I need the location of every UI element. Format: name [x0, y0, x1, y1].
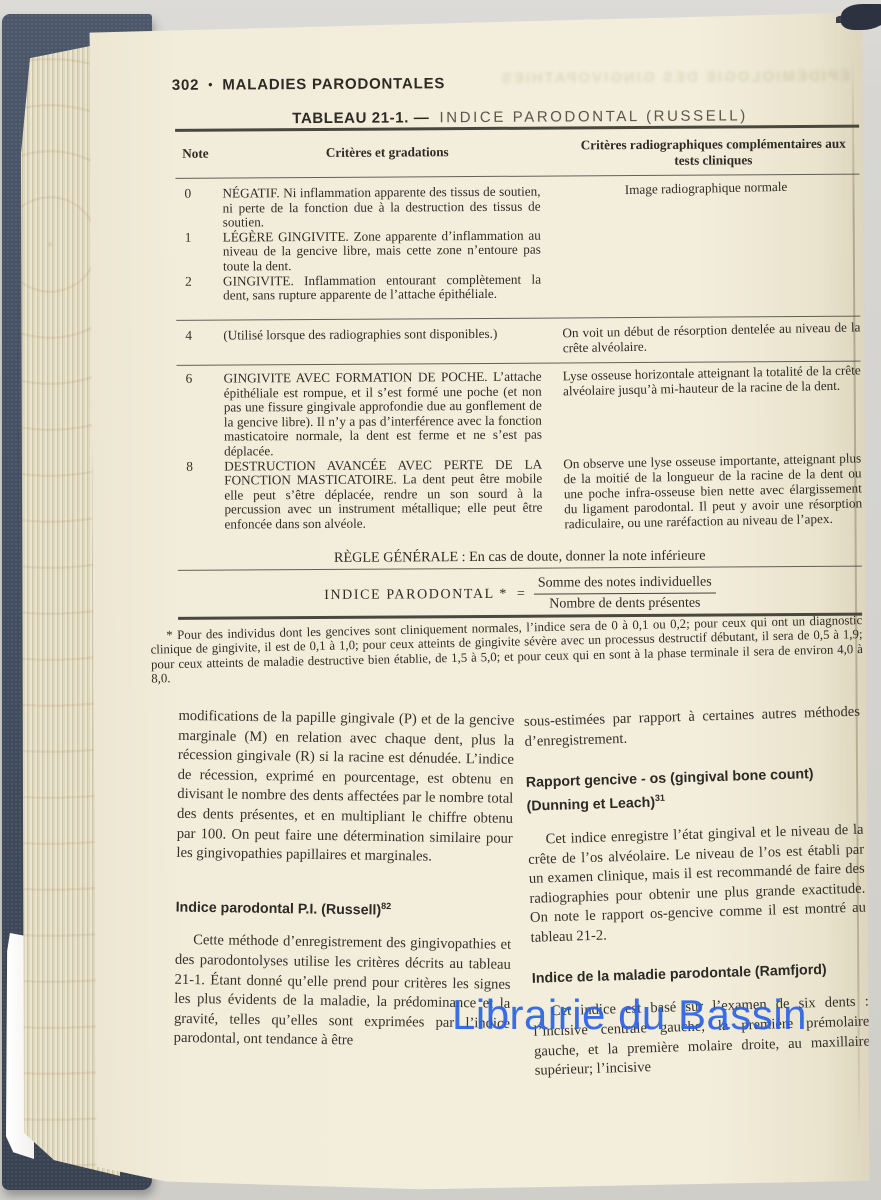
table-section-a: 0 NÉGATIF. Ni inflammation apparente des…: [175, 183, 860, 304]
paragraph: modifications de la papille gingivale (P…: [176, 707, 514, 869]
note-cell: 4: [176, 329, 223, 359]
row-rule: [176, 316, 860, 321]
criteria-cell: GINGIVITE. Inflammation entourant complè…: [223, 272, 553, 303]
note-cell: 8: [177, 459, 224, 534]
heading-text: Indice parodontal P.I. (Russell): [176, 899, 382, 918]
running-title: MALADIES PARODONTALES: [222, 75, 445, 93]
table-header-row: Note Critères et gradations Critères rad…: [175, 136, 859, 140]
table-section-b: 4 (Utilisé lorsque des radiographies son…: [176, 325, 860, 359]
book-photo: ÉPIDÉMIOLOGIE DES GINGIVOPATHIES 302•MAL…: [0, 0, 881, 1200]
spacer: [176, 864, 512, 899]
reference-superscript: 31: [655, 793, 665, 803]
general-rule-line: RÈGLE GÉNÉRALE : En cas de doute, donner…: [178, 547, 862, 568]
table-footnote: * Pour des individus dont les gencives s…: [150, 613, 863, 686]
equals-sign: =: [517, 586, 525, 602]
table-number: TABLEAU 21-1. —: [292, 109, 429, 127]
book-headband: [841, 4, 881, 30]
radiographic-cell: Lyse osseuse horizontale atteignant la t…: [554, 363, 863, 457]
running-header: 302•MALADIES PARODONTALES: [172, 75, 445, 94]
header-rule: [175, 174, 859, 179]
note-cell: 2: [176, 274, 223, 303]
header-bullet: •: [208, 78, 213, 92]
radiographic-cell: On voit un début de résorption dentelée …: [553, 320, 861, 356]
radiographic-cell: On observe une lyse osseuse importante, …: [554, 451, 862, 532]
table-caption: INDICE PARODONTAL (RUSSELL): [439, 107, 747, 126]
formula-fraction: Somme des notes individuelles Nombre de …: [534, 575, 716, 613]
note-cell: 1: [176, 230, 223, 274]
fraction-denominator: Nombre de dents présentes: [534, 594, 716, 613]
column-header-radiographic: Critères radiographiques complémentaires…: [567, 136, 859, 169]
criteria-cell: GINGIVITE AVEC FORMATION DE POCHE. L’att…: [224, 370, 555, 460]
periodontal-index-formula: INDICE PARODONTAL * = Somme des notes in…: [178, 574, 862, 615]
heading-text: Rapport gencive - os (gingival bone coun…: [526, 766, 814, 815]
criteria-cell: NÉGATIF. Ni inflammation apparente des t…: [222, 185, 552, 231]
criteria-cell: (Utilisé lorsque des radiographies sont …: [223, 327, 553, 359]
paragraph: Cet indice enregistre l’état gingival et…: [527, 821, 866, 949]
note-cell: 0: [175, 187, 222, 231]
formula-label: INDICE PARODONTAL *: [324, 586, 508, 603]
bookseller-watermark: Librairie du Bassin: [452, 991, 807, 1039]
showthrough-text: ÉPIDÉMIOLOGIE DES GINGIVOPATHIES: [500, 68, 850, 87]
radiographic-cell: Image radiographique normale: [552, 178, 860, 228]
radiographic-cell: [553, 266, 861, 301]
criteria-cell: LÉGÈRE GINGIVITE. Zone apparente d’infla…: [223, 228, 553, 274]
table-section-c: 6 GINGIVITE AVEC FORMATION DE POCHE. L’a…: [177, 368, 862, 534]
reference-superscript: 82: [381, 901, 391, 911]
criteria-cell: DESTRUCTION AVANCÉE AVEC PERTE DE LA FON…: [224, 457, 554, 534]
note-cell: 6: [177, 372, 225, 460]
column-header-criteria: Critères et gradations: [222, 144, 552, 162]
radiographic-cell: [553, 222, 861, 272]
column-header-note: Note: [182, 146, 208, 162]
page-number: 302: [172, 77, 200, 94]
fraction-numerator: Somme des notes individuelles: [534, 575, 716, 595]
